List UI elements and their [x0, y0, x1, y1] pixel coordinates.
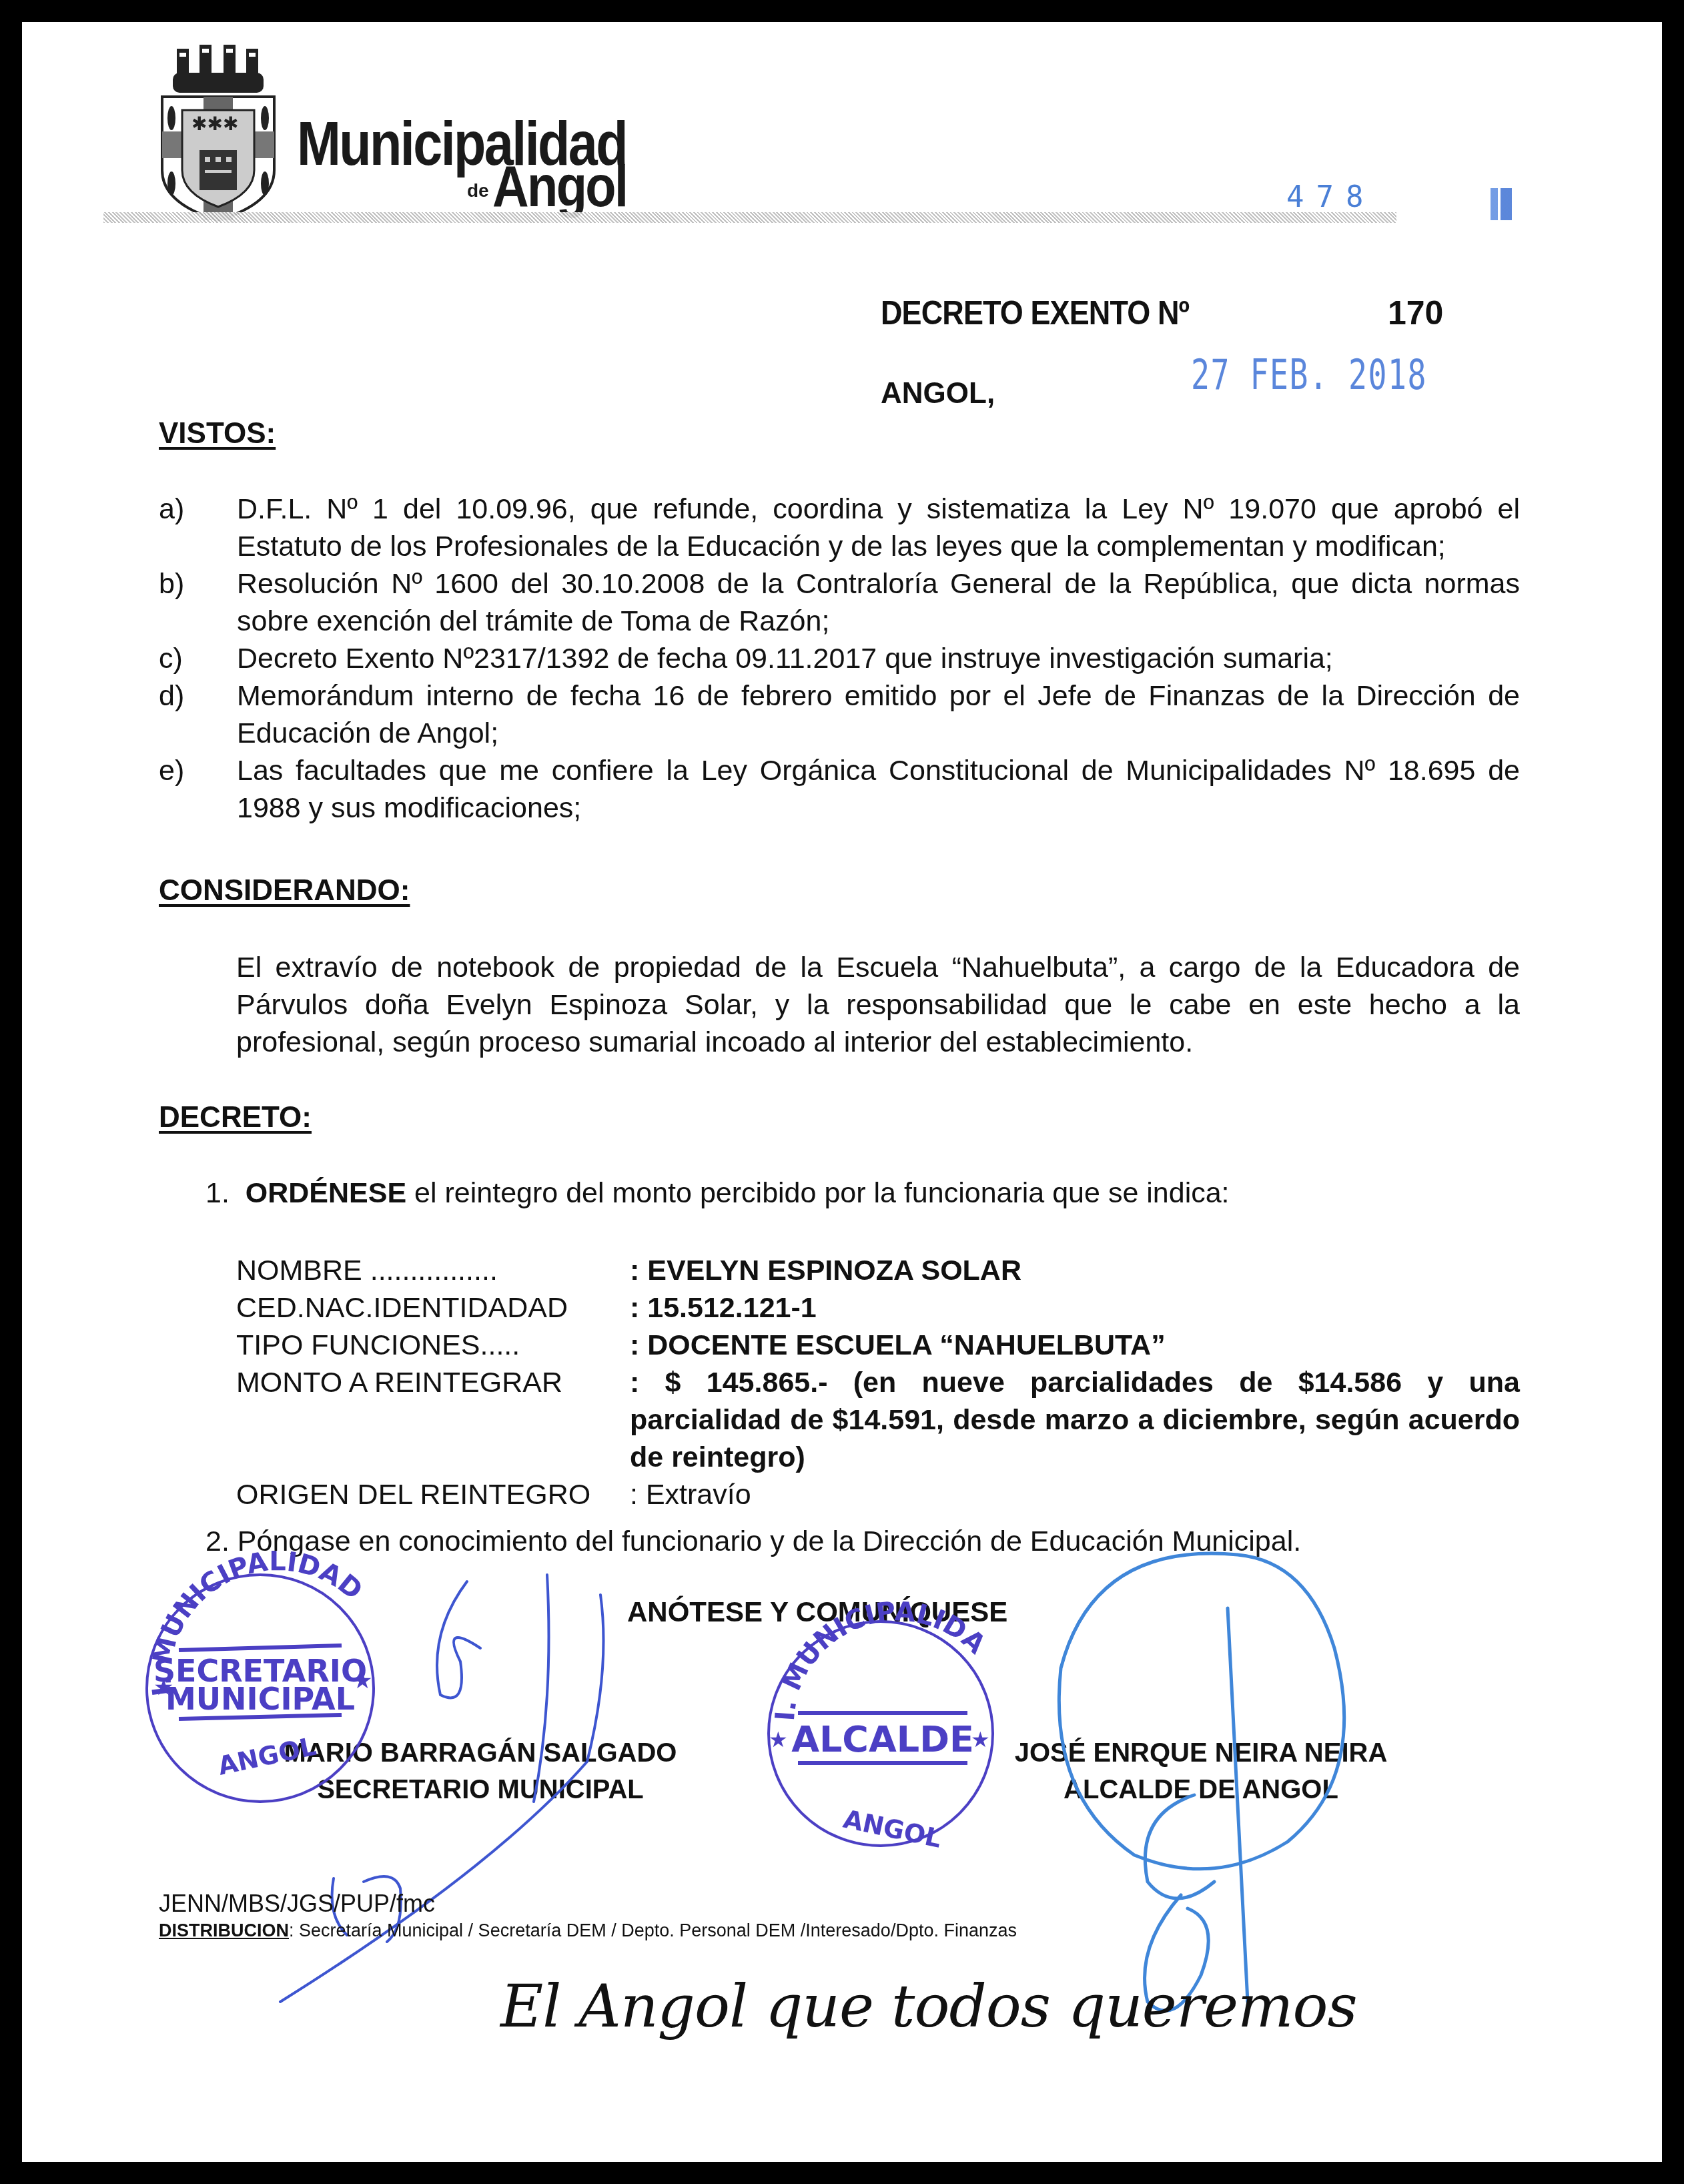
- header-divider: [103, 212, 1396, 223]
- document-page: [22, 22, 1662, 2162]
- detail-row: CED.NAC.IDENTIDADAD: 15.512.121-1: [236, 1289, 1520, 1327]
- registry-stamp-mark: [1481, 188, 1512, 220]
- detail-key: NOMBRE ................: [236, 1252, 630, 1289]
- detail-row: MONTO A REINTEGRAR: $ 145.865.- (en nuev…: [236, 1364, 1520, 1476]
- brand-angol: Angol: [492, 157, 626, 216]
- distribution-label: DISTRIBUCION: [159, 1920, 289, 1940]
- decree-number: 170: [1388, 294, 1443, 332]
- decree-title: DECRETO EXENTO Nº: [881, 294, 1189, 332]
- detail-value: : $ 145.865.- (en nueve parcialidades de…: [630, 1364, 1520, 1476]
- registry-stamp-number: 478: [1286, 180, 1375, 214]
- city-label: ANGOL,: [881, 377, 995, 410]
- item-label: e): [159, 752, 237, 827]
- item-text: Las facultades que me confiere la Ley Or…: [237, 752, 1520, 827]
- detail-key: ORIGEN DEL REINTEGRO: [236, 1476, 630, 1513]
- left-signature-block: MARIO BARRAGÁN SALGADO SECRETARIO MUNICI…: [267, 1735, 694, 1808]
- item-label: d): [159, 677, 237, 752]
- signatory-title: ALCALDE DE ANGOL: [987, 1772, 1414, 1808]
- closing-formula: ANÓTESE Y COMUNÍQUESE: [627, 1596, 1007, 1628]
- distribution-line: DISTRIBUCION: Secretaría Municipal / Sec…: [159, 1920, 1017, 1941]
- decree-point-1: 1. ORDÉNESE el reintegro del monto perci…: [205, 1174, 1230, 1212]
- detail-key: MONTO A REINTEGRAR: [236, 1364, 630, 1476]
- vistos-list: a)D.F.L. Nº 1 del 10.09.96, que refunde,…: [159, 490, 1520, 827]
- section-considerando-heading: CONSIDERANDO:: [159, 874, 410, 907]
- detail-row: ORIGEN DEL REINTEGRO: Extravío: [236, 1476, 1520, 1513]
- reference-initials: JENN/MBS/JGS/PUP/fmc: [159, 1890, 435, 1918]
- brand-de: de: [467, 180, 489, 202]
- item-label: a): [159, 490, 237, 565]
- section-decreto-heading: DECRETO:: [159, 1101, 312, 1134]
- item-label: c): [159, 640, 237, 677]
- detail-value: : DOCENTE ESCUELA “NAHUELBUTA”: [630, 1327, 1520, 1364]
- date-stamp: 27 FEB. 2018: [1191, 350, 1427, 399]
- detail-value: : EVELYN ESPINOZA SOLAR: [630, 1252, 1520, 1289]
- considerando-text: El extravío de notebook de propiedad de …: [236, 949, 1520, 1061]
- distribution-text: : Secretaría Municipal / Secretaría DEM …: [289, 1920, 1017, 1940]
- detail-value: : Extravío: [630, 1476, 1520, 1513]
- item-text: D.F.L. Nº 1 del 10.09.96, que refunde, c…: [237, 490, 1520, 565]
- signatory-name: MARIO BARRAGÁN SALGADO: [267, 1735, 694, 1772]
- detail-key: TIPO FUNCIONES.....: [236, 1327, 630, 1364]
- point-number: 1.: [205, 1177, 230, 1209]
- vistos-item: b)Resolución Nº 1600 del 30.10.2008 de l…: [159, 565, 1520, 640]
- point-text: el reintegro del monto percibido por la …: [406, 1177, 1229, 1209]
- svg-text:✱✱✱: ✱✱✱: [191, 113, 238, 135]
- item-text: Decreto Exento Nº2317/1392 de fecha 09.1…: [237, 640, 1520, 677]
- item-text: Memorándum interno de fecha 16 de febrer…: [237, 677, 1520, 752]
- item-label: b): [159, 565, 237, 640]
- vistos-item: e)Las facultades que me confiere la Ley …: [159, 752, 1520, 827]
- item-text: Resolución Nº 1600 del 30.10.2008 de la …: [237, 565, 1520, 640]
- decree-point-2: 2. Póngase en conocimiento del funcionar…: [205, 1523, 1301, 1560]
- detail-value: : 15.512.121-1: [630, 1289, 1520, 1327]
- detail-row: NOMBRE ................: EVELYN ESPINOZA…: [236, 1252, 1520, 1289]
- vistos-item: d)Memorándum interno de fecha 16 de febr…: [159, 677, 1520, 752]
- municipal-crest-logo: ✱✱✱: [158, 43, 278, 224]
- detail-key: CED.NAC.IDENTIDADAD: [236, 1289, 630, 1327]
- signatory-title: SECRETARIO MUNICIPAL: [267, 1772, 694, 1808]
- vistos-item: c)Decreto Exento Nº2317/1392 de fecha 09…: [159, 640, 1520, 677]
- signatory-name: JOSÉ ENRQUE NEIRA NEIRA: [987, 1735, 1414, 1772]
- right-signature-block: JOSÉ ENRQUE NEIRA NEIRA ALCALDE DE ANGOL: [987, 1735, 1414, 1808]
- point-verb: ORDÉNESE: [246, 1177, 406, 1209]
- detail-row: TIPO FUNCIONES.....: DOCENTE ESCUELA “NA…: [236, 1327, 1520, 1364]
- vistos-item: a)D.F.L. Nº 1 del 10.09.96, que refunde,…: [159, 490, 1520, 565]
- section-vistos-heading: VISTOS:: [159, 417, 276, 450]
- municipal-motto: El Angol que todos queremos: [500, 1972, 1357, 2041]
- employee-details: NOMBRE ................: EVELYN ESPINOZA…: [236, 1252, 1520, 1513]
